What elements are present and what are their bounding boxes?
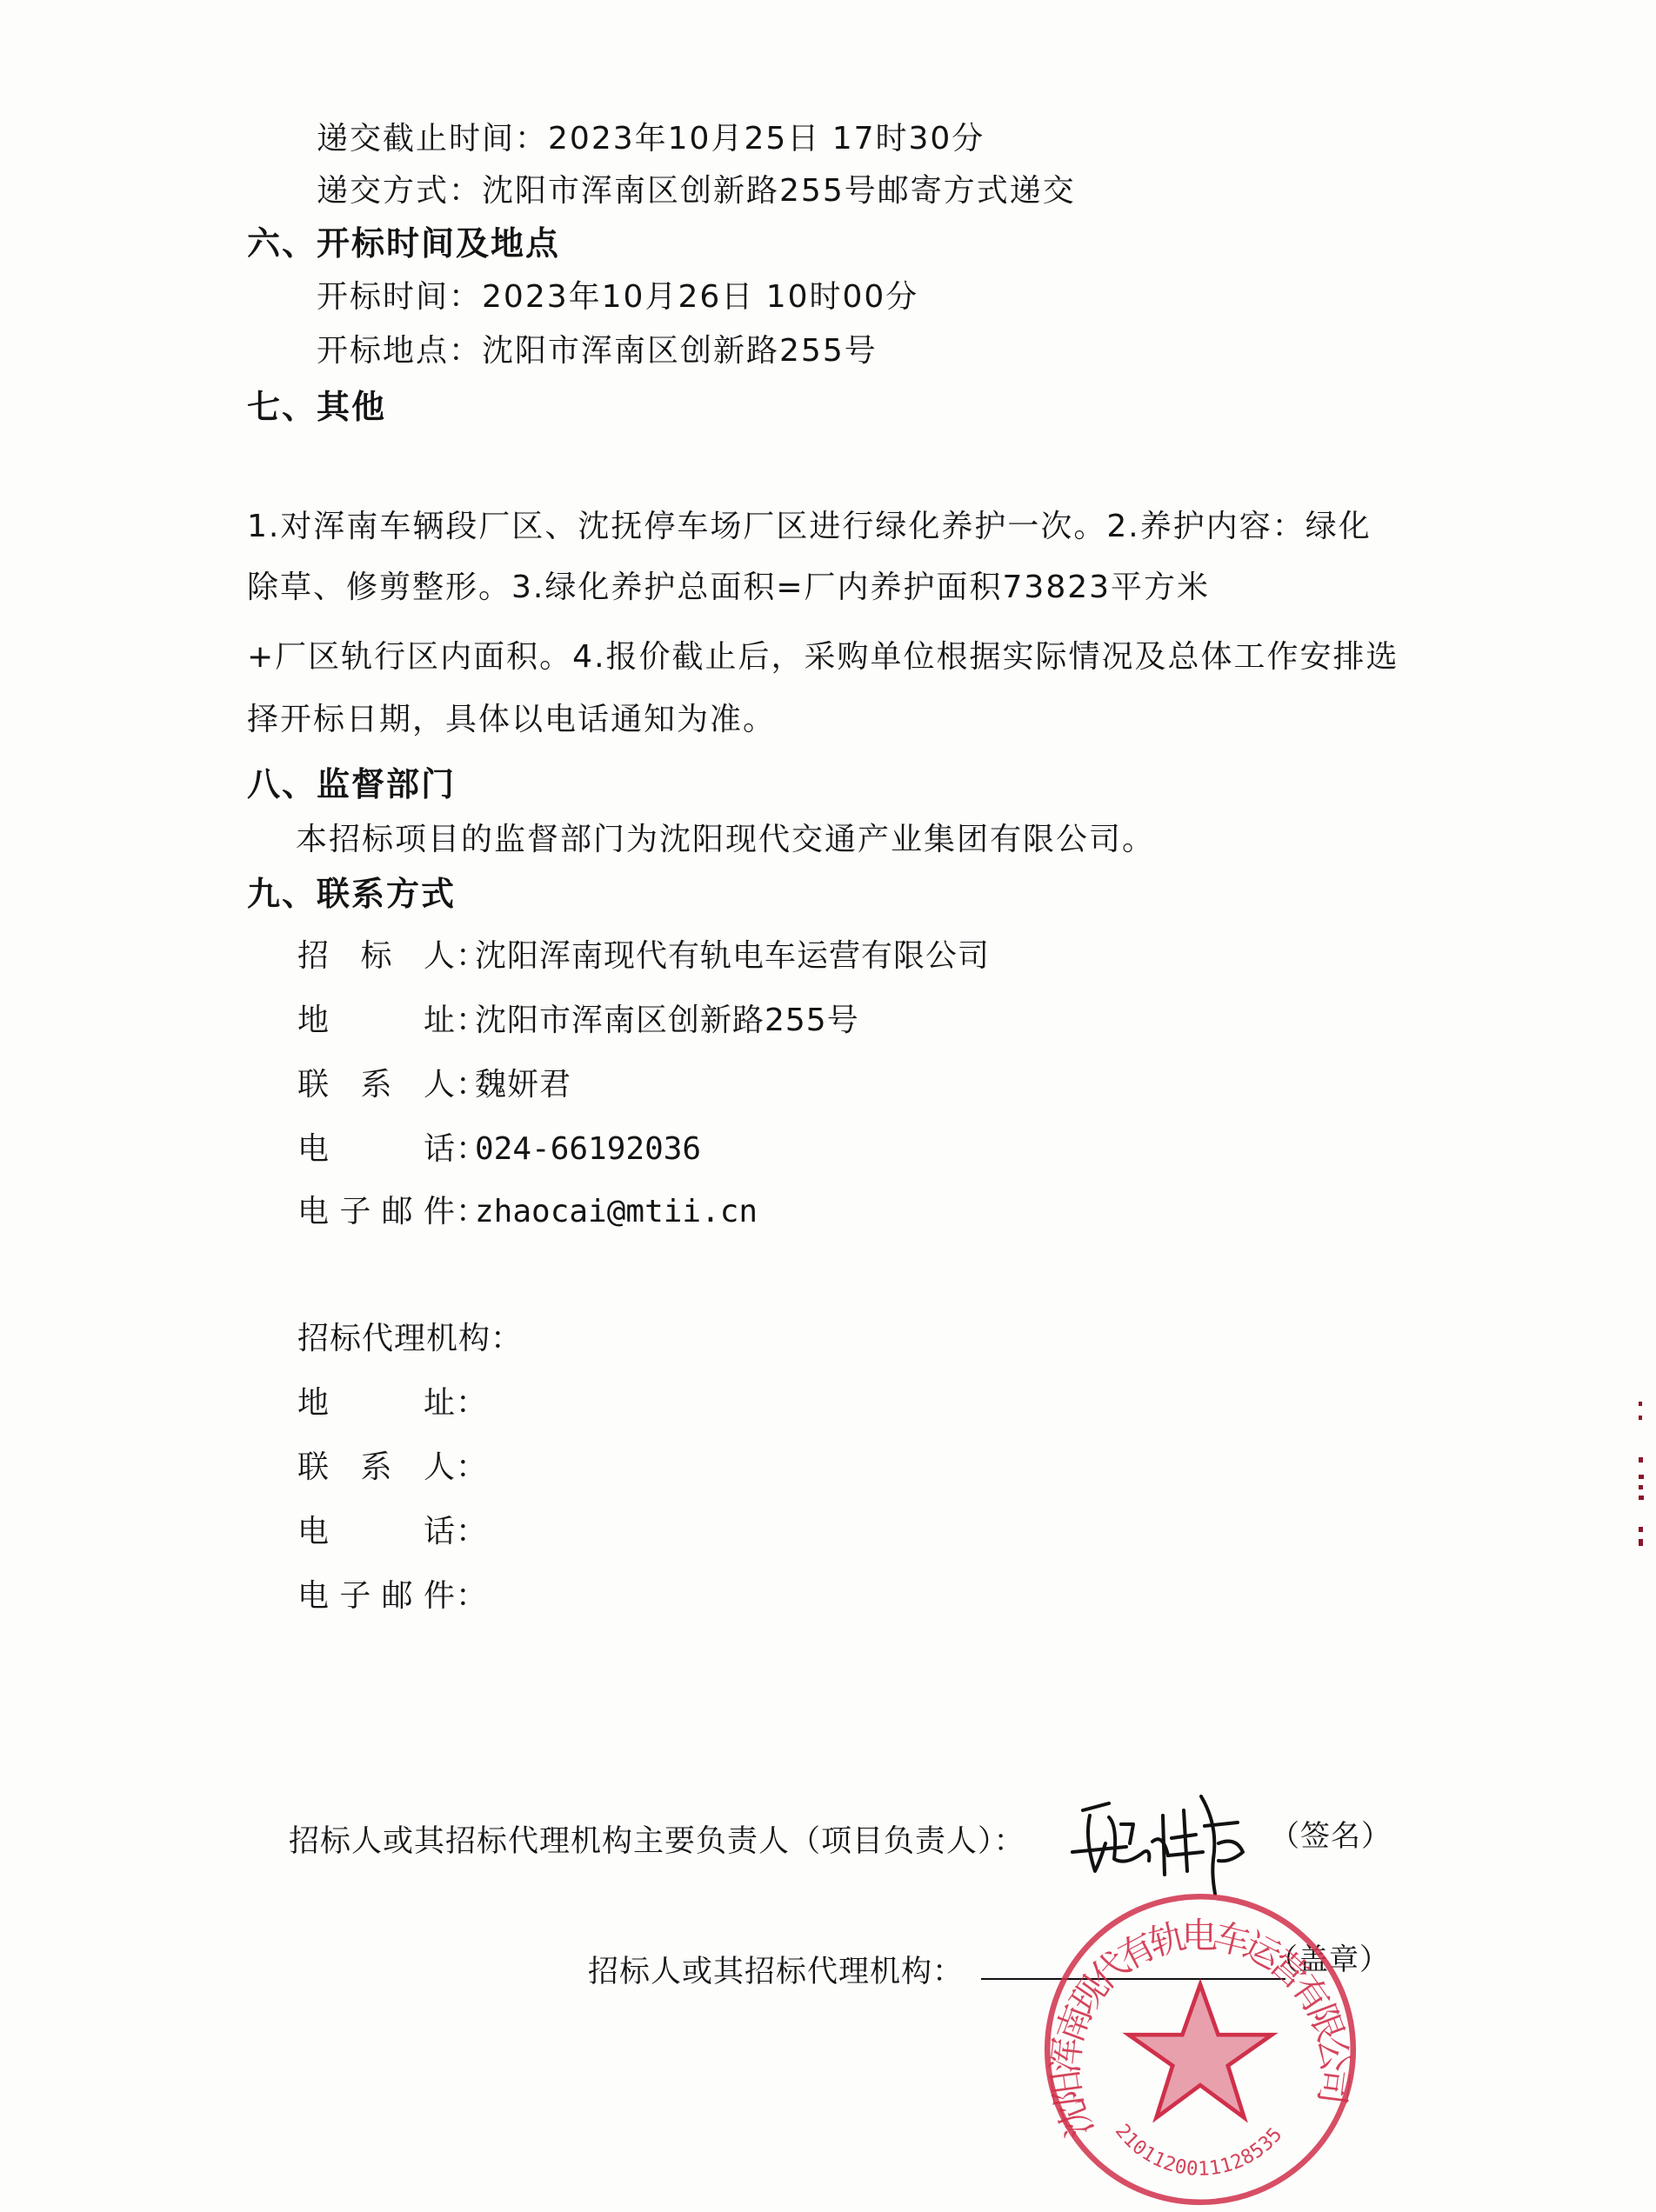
tenderer-contact-line: 联系人：魏妍君 xyxy=(297,1066,571,1104)
tenderer-email-value: zhaocai@mtii.cn xyxy=(475,1194,758,1229)
star-icon xyxy=(1129,1984,1272,2117)
submission-method-label: 递交方式： xyxy=(317,173,482,209)
other-line-1: 1.对浑南车辆段厂区、沈抚停车场厂区进行绿化养护一次。2.养护内容：绿化 xyxy=(247,508,1372,546)
agency-address-line: 地址： xyxy=(297,1384,475,1422)
other-line-4: 择开标日期，具体以电话通知为准。 xyxy=(247,701,776,739)
other-line-3: +厂区轨行区内面积。4.报价截止后，采购单位根据实际情况及总体工作安排选 xyxy=(247,638,1399,676)
agency-phone-line: 电话： xyxy=(297,1513,475,1551)
submission-method-value: 沈阳市浑南区创新路255号邮寄方式递交 xyxy=(482,173,1076,209)
opening-place-label: 开标地点： xyxy=(317,333,482,369)
opening-time-value: 2023年10月26日 10时00分 xyxy=(482,279,918,315)
tenderer-address-line: 地址：沈阳市浑南区创新路255号 xyxy=(297,1002,859,1040)
tenderer-name-line: 招标人：沈阳浑南现代有轨电车运营有限公司 xyxy=(297,937,990,976)
tenderer-name-label: 招标人 xyxy=(297,937,456,976)
other-line-2: 除草、修剪整形。3.绿化养护总面积=厂内养护面积73823平方米 xyxy=(247,569,1210,607)
agency-title: 招标代理机构： xyxy=(297,1320,523,1358)
tenderer-phone-label: 电话 xyxy=(297,1130,456,1169)
opening-time-label: 开标时间： xyxy=(317,279,482,315)
tenderer-contact-value: 魏妍君 xyxy=(475,1067,571,1103)
seal-code: 2101120011128535 xyxy=(1111,2120,1287,2181)
tenderer-email-label: 电子邮件 xyxy=(297,1193,456,1231)
tenderer-address-value: 沈阳市浑南区创新路255号 xyxy=(475,1003,859,1038)
company-seal-stamp: 沈阳浑南现代有轨电车运营有限公司 2101120011128535 xyxy=(1026,1887,1374,2212)
handwritten-signature xyxy=(1065,1791,1265,1896)
responsible-person-label: 招标人或其招标代理机构主要负责人（项目负责人）： xyxy=(289,1822,1025,1861)
section-7-heading: 七、其他 xyxy=(247,388,386,426)
opening-place-value: 沈阳市浑南区创新路255号 xyxy=(482,333,878,369)
tenderer-phone-value: 024-66192036 xyxy=(475,1131,701,1167)
submission-deadline-line: 递交截止时间：2023年10月25日 17时30分 xyxy=(317,120,985,158)
agency-phone-label: 电话 xyxy=(297,1513,456,1551)
organization-label: 招标人或其招标代理机构： xyxy=(588,1953,964,1991)
sign-note: （签名） xyxy=(1270,1817,1392,1856)
opening-place-line: 开标地点：沈阳市浑南区创新路255号 xyxy=(317,332,878,370)
opening-time-line: 开标时间：2023年10月26日 10时00分 xyxy=(317,278,918,316)
agency-email-label: 电子邮件 xyxy=(297,1577,456,1616)
document-page: 递交截止时间：2023年10月25日 17时30分 递交方式：沈阳市浑南区创新路… xyxy=(0,0,1656,2212)
tenderer-name-value: 沈阳浑南现代有轨电车运营有限公司 xyxy=(475,938,990,974)
agency-contact-line: 联系人： xyxy=(297,1449,475,1487)
edge-seal-marks xyxy=(1635,1374,1647,1548)
agency-address-label: 地址 xyxy=(297,1384,456,1422)
submission-deadline-label: 递交截止时间： xyxy=(317,121,548,157)
agency-email-line: 电子邮件： xyxy=(297,1577,475,1616)
submission-method-line: 递交方式：沈阳市浑南区创新路255号邮寄方式递交 xyxy=(317,172,1076,210)
section-8-heading: 八、监督部门 xyxy=(247,765,456,803)
agency-contact-label: 联系人 xyxy=(297,1449,456,1487)
section-6-heading: 六、开标时间及地点 xyxy=(247,224,560,263)
tenderer-email-line: 电子邮件：zhaocai@mtii.cn xyxy=(297,1193,758,1231)
tenderer-phone-line: 电话：024-66192036 xyxy=(297,1130,701,1169)
tenderer-address-label: 地址 xyxy=(297,1002,456,1040)
submission-deadline-value: 2023年10月25日 17时30分 xyxy=(548,121,985,157)
section-9-heading: 九、联系方式 xyxy=(247,875,456,913)
tenderer-contact-label: 联系人 xyxy=(297,1066,456,1104)
supervision-text: 本招标项目的监督部门为沈阳现代交通产业集团有限公司。 xyxy=(296,821,1155,859)
